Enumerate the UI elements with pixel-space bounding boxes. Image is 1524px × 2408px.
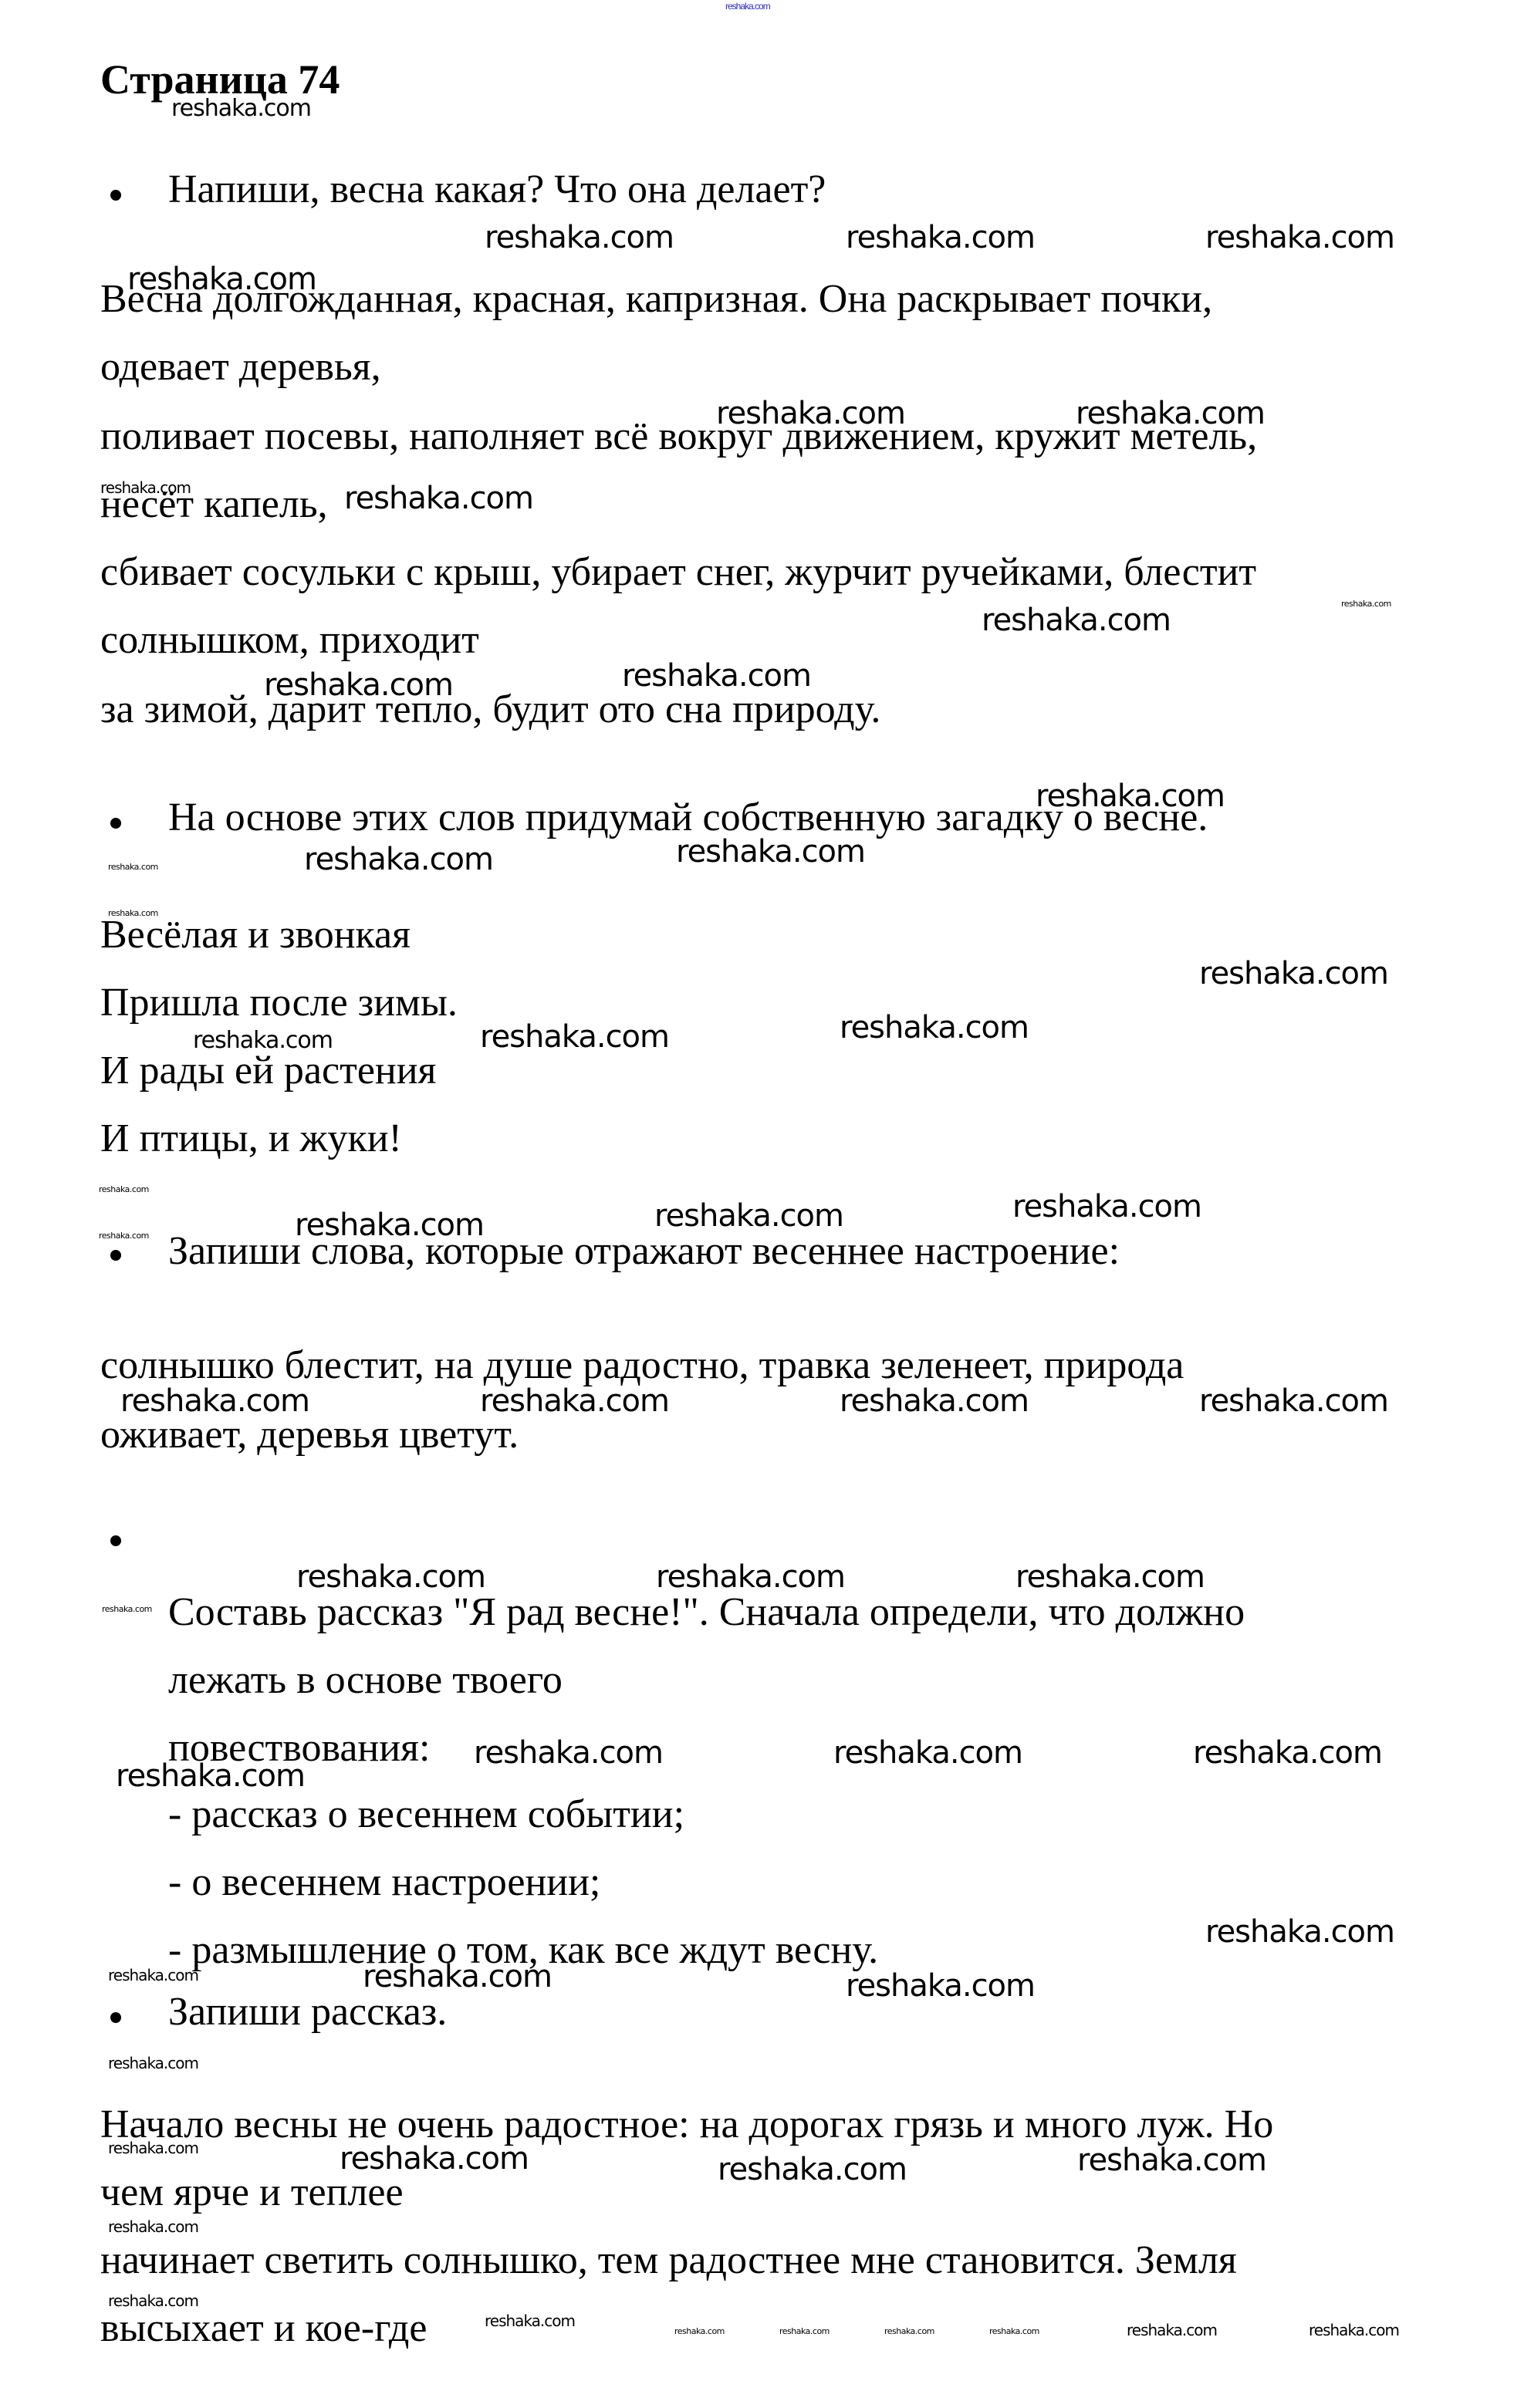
answer-1-line-1: Весна долгожданная, красная, капризная. … <box>100 279 1212 319</box>
watermark: reshaka.com <box>363 1961 552 1992</box>
watermark: reshaka.com <box>108 1967 198 1983</box>
watermark: reshaka.com <box>480 1022 669 1052</box>
watermark: reshaka.com <box>474 1738 663 1768</box>
story-line-2: чем ярче и теплее <box>100 2173 404 2213</box>
bullet-icon <box>110 190 121 201</box>
bullet-icon <box>110 818 121 829</box>
watermark: reshaka.com <box>840 1386 1029 1417</box>
watermark: reshaka.com <box>102 1605 152 1613</box>
watermark: reshaka.com <box>1015 1562 1205 1592</box>
answer-3-line-2: оживает, деревья цветут. <box>100 1415 519 1455</box>
task-1: Напиши, весна какая? Что она делает? <box>168 170 826 210</box>
watermark: reshaka.com <box>779 2327 830 2335</box>
watermark: reshaka.com <box>1193 1738 1382 1768</box>
watermark: reshaka.com <box>1199 958 1388 989</box>
story-line-1: Начало весны не очень радостное: на доро… <box>100 2105 1273 2145</box>
watermark: reshaka.com <box>833 1738 1022 1768</box>
answer-1-line-6: солнышком, приходит <box>100 620 479 660</box>
watermark: reshaka.com <box>1341 599 1391 608</box>
watermark: reshaka.com <box>989 2327 1039 2335</box>
bullet-icon <box>110 1250 121 1261</box>
answer-1-line-4: несёт капель, <box>100 485 328 525</box>
watermark: reshaka.com <box>485 2313 575 2329</box>
watermark: reshaka.com <box>1205 1917 1394 1947</box>
watermark: reshaka.com <box>485 222 674 253</box>
answer-3-line-1: солнышко блестит, на душе радостно, трав… <box>100 1346 1184 1386</box>
watermark: reshaka.com <box>1309 2322 1399 2338</box>
task-3: Запиши слова, которые отражают весеннее … <box>168 1231 1120 1272</box>
story-line-3: начинает светить солнышко, тем радостнее… <box>100 2241 1237 2281</box>
watermark: reshaka.com <box>108 2140 198 2156</box>
task-4-option-1: - рассказ о весеннем событии; <box>168 1795 684 1835</box>
watermark: reshaka.com <box>99 1231 149 1240</box>
task-5: Запиши рассказ. <box>168 1992 447 2032</box>
watermark: reshaka.com <box>480 1386 669 1417</box>
task-4-line-1: Составь рассказ "Я рад весне!". Сначала … <box>168 1592 1245 1633</box>
watermark: reshaka.com <box>108 2055 198 2071</box>
watermark: reshaka.com <box>840 1012 1029 1043</box>
watermark: reshaka.com <box>99 1185 149 1194</box>
riddle-line-2: Пришла после зимы. <box>100 983 458 1023</box>
bullet-icon <box>110 2012 121 2023</box>
watermark: reshaka.com <box>108 2219 198 2234</box>
watermark: reshaka.com <box>1127 2322 1217 2338</box>
bullet-icon <box>110 1535 121 1546</box>
watermark: reshaka.com <box>718 2154 907 2185</box>
watermark: reshaka.com <box>884 2327 934 2335</box>
watermark: reshaka.com <box>296 1562 485 1592</box>
watermark: reshaka.com <box>304 844 493 875</box>
watermark: reshaka.com <box>656 1562 845 1592</box>
answer-1-line-2: одевает деревья, <box>100 347 381 387</box>
answer-1-line-3: поливает посевы, наполняет всё вокруг дв… <box>100 417 1257 457</box>
watermark: reshaka.com <box>1199 1386 1388 1417</box>
story-line-4: высыхает и кое-где <box>100 2308 427 2349</box>
document-page: reshaka.com Страница 74 reshaka.com Напи… <box>0 0 1524 2408</box>
watermark: reshaka.com <box>676 836 865 867</box>
watermark: reshaka.com <box>340 2143 529 2174</box>
task-2: На основе этих слов придумай собственную… <box>168 798 1208 838</box>
watermark: reshaka.com <box>846 1971 1035 2001</box>
riddle-line-3: И рады ей растения <box>100 1051 436 1091</box>
watermark: reshaka.com <box>674 2327 725 2335</box>
top-watermark: reshaka.com <box>725 2 770 11</box>
riddle-line-4: И птицы, и жуки! <box>100 1119 402 1159</box>
watermark: reshaka.com <box>622 660 811 691</box>
watermark: reshaka.com <box>1077 2145 1266 2176</box>
watermark: reshaka.com <box>1012 1191 1201 1222</box>
watermark: reshaka.com <box>344 483 533 514</box>
watermark: reshaka.com <box>116 1761 305 1792</box>
watermark: reshaka.com <box>846 222 1035 253</box>
watermark: reshaka.com <box>120 1386 309 1417</box>
watermark: reshaka.com <box>171 97 311 120</box>
riddle-line-1: Весёлая и звонкая <box>100 915 411 955</box>
answer-1-line-7: за зимой, дарит тепло, будит ото сна при… <box>100 690 880 730</box>
watermark: reshaka.com <box>1205 222 1394 253</box>
task-4-option-2: - о весеннем настроении; <box>168 1863 600 1903</box>
watermark: reshaka.com <box>654 1201 843 1231</box>
page-title: Страница 74 <box>100 59 340 100</box>
answer-1-line-5: сбивает сосульки с крыш, убирает снег, ж… <box>100 552 1256 593</box>
task-4-line-2: лежать в основе твоего <box>168 1660 563 1700</box>
watermark: reshaka.com <box>982 605 1171 636</box>
watermark: reshaka.com <box>108 863 158 871</box>
